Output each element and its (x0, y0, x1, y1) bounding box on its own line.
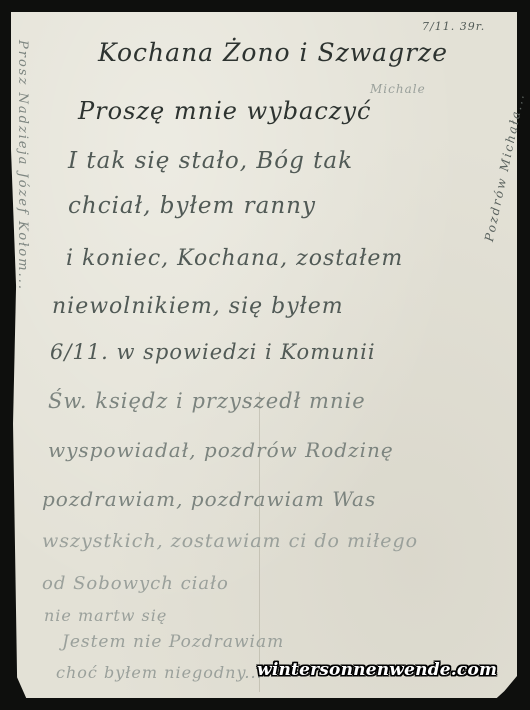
letter-line-2: I tak się stało, Bóg tak (68, 148, 353, 174)
letter-line-4: i koniec, Kochana, zostałem (66, 246, 403, 271)
letter-line-7: Św. księdz i przyszedł mnie (48, 389, 366, 413)
name-note: Michale (370, 82, 426, 96)
date-note: 7/11. 39r. (422, 20, 485, 33)
letter-line-14: choć byłem niegodny... (56, 663, 263, 682)
letter-line-9: pozdrawiam, pozdrawiam Was (42, 487, 376, 511)
letter-line-10: wszystkich, zostawiam ci do miłego (42, 530, 418, 552)
letter-line-6: 6/11. w spowiedzi i Komunii (50, 340, 376, 364)
letter-line-3: chciał, byłem ranny (68, 193, 316, 219)
letter-line-1: Proszę mnie wybaczyć (78, 97, 371, 125)
letter-line-13: Jestem nie Pozdrawiam (62, 632, 284, 652)
left-margin-note: Prosz Nadzieja Józef Kołom... (15, 40, 30, 291)
letter-line-11: od Sobowych ciało (42, 573, 229, 594)
letter-line-5: niewolnikiem, się byłem (52, 294, 344, 319)
website-watermark: wintersonnenwende.com (257, 660, 497, 680)
letter-line-12: nie martw się (44, 606, 167, 625)
letter-line-8: wyspowiadał, pozdrów Rodzinę (48, 438, 394, 462)
salutation: Kochana Żono i Szwagrze (98, 38, 448, 67)
